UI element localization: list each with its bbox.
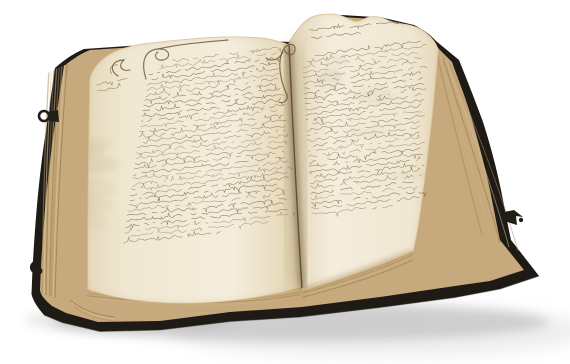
photo-canvas (0, 0, 570, 364)
gutter-crease (289, 45, 302, 288)
clasp-ring (39, 110, 59, 122)
manuscript-photograph (0, 0, 570, 364)
